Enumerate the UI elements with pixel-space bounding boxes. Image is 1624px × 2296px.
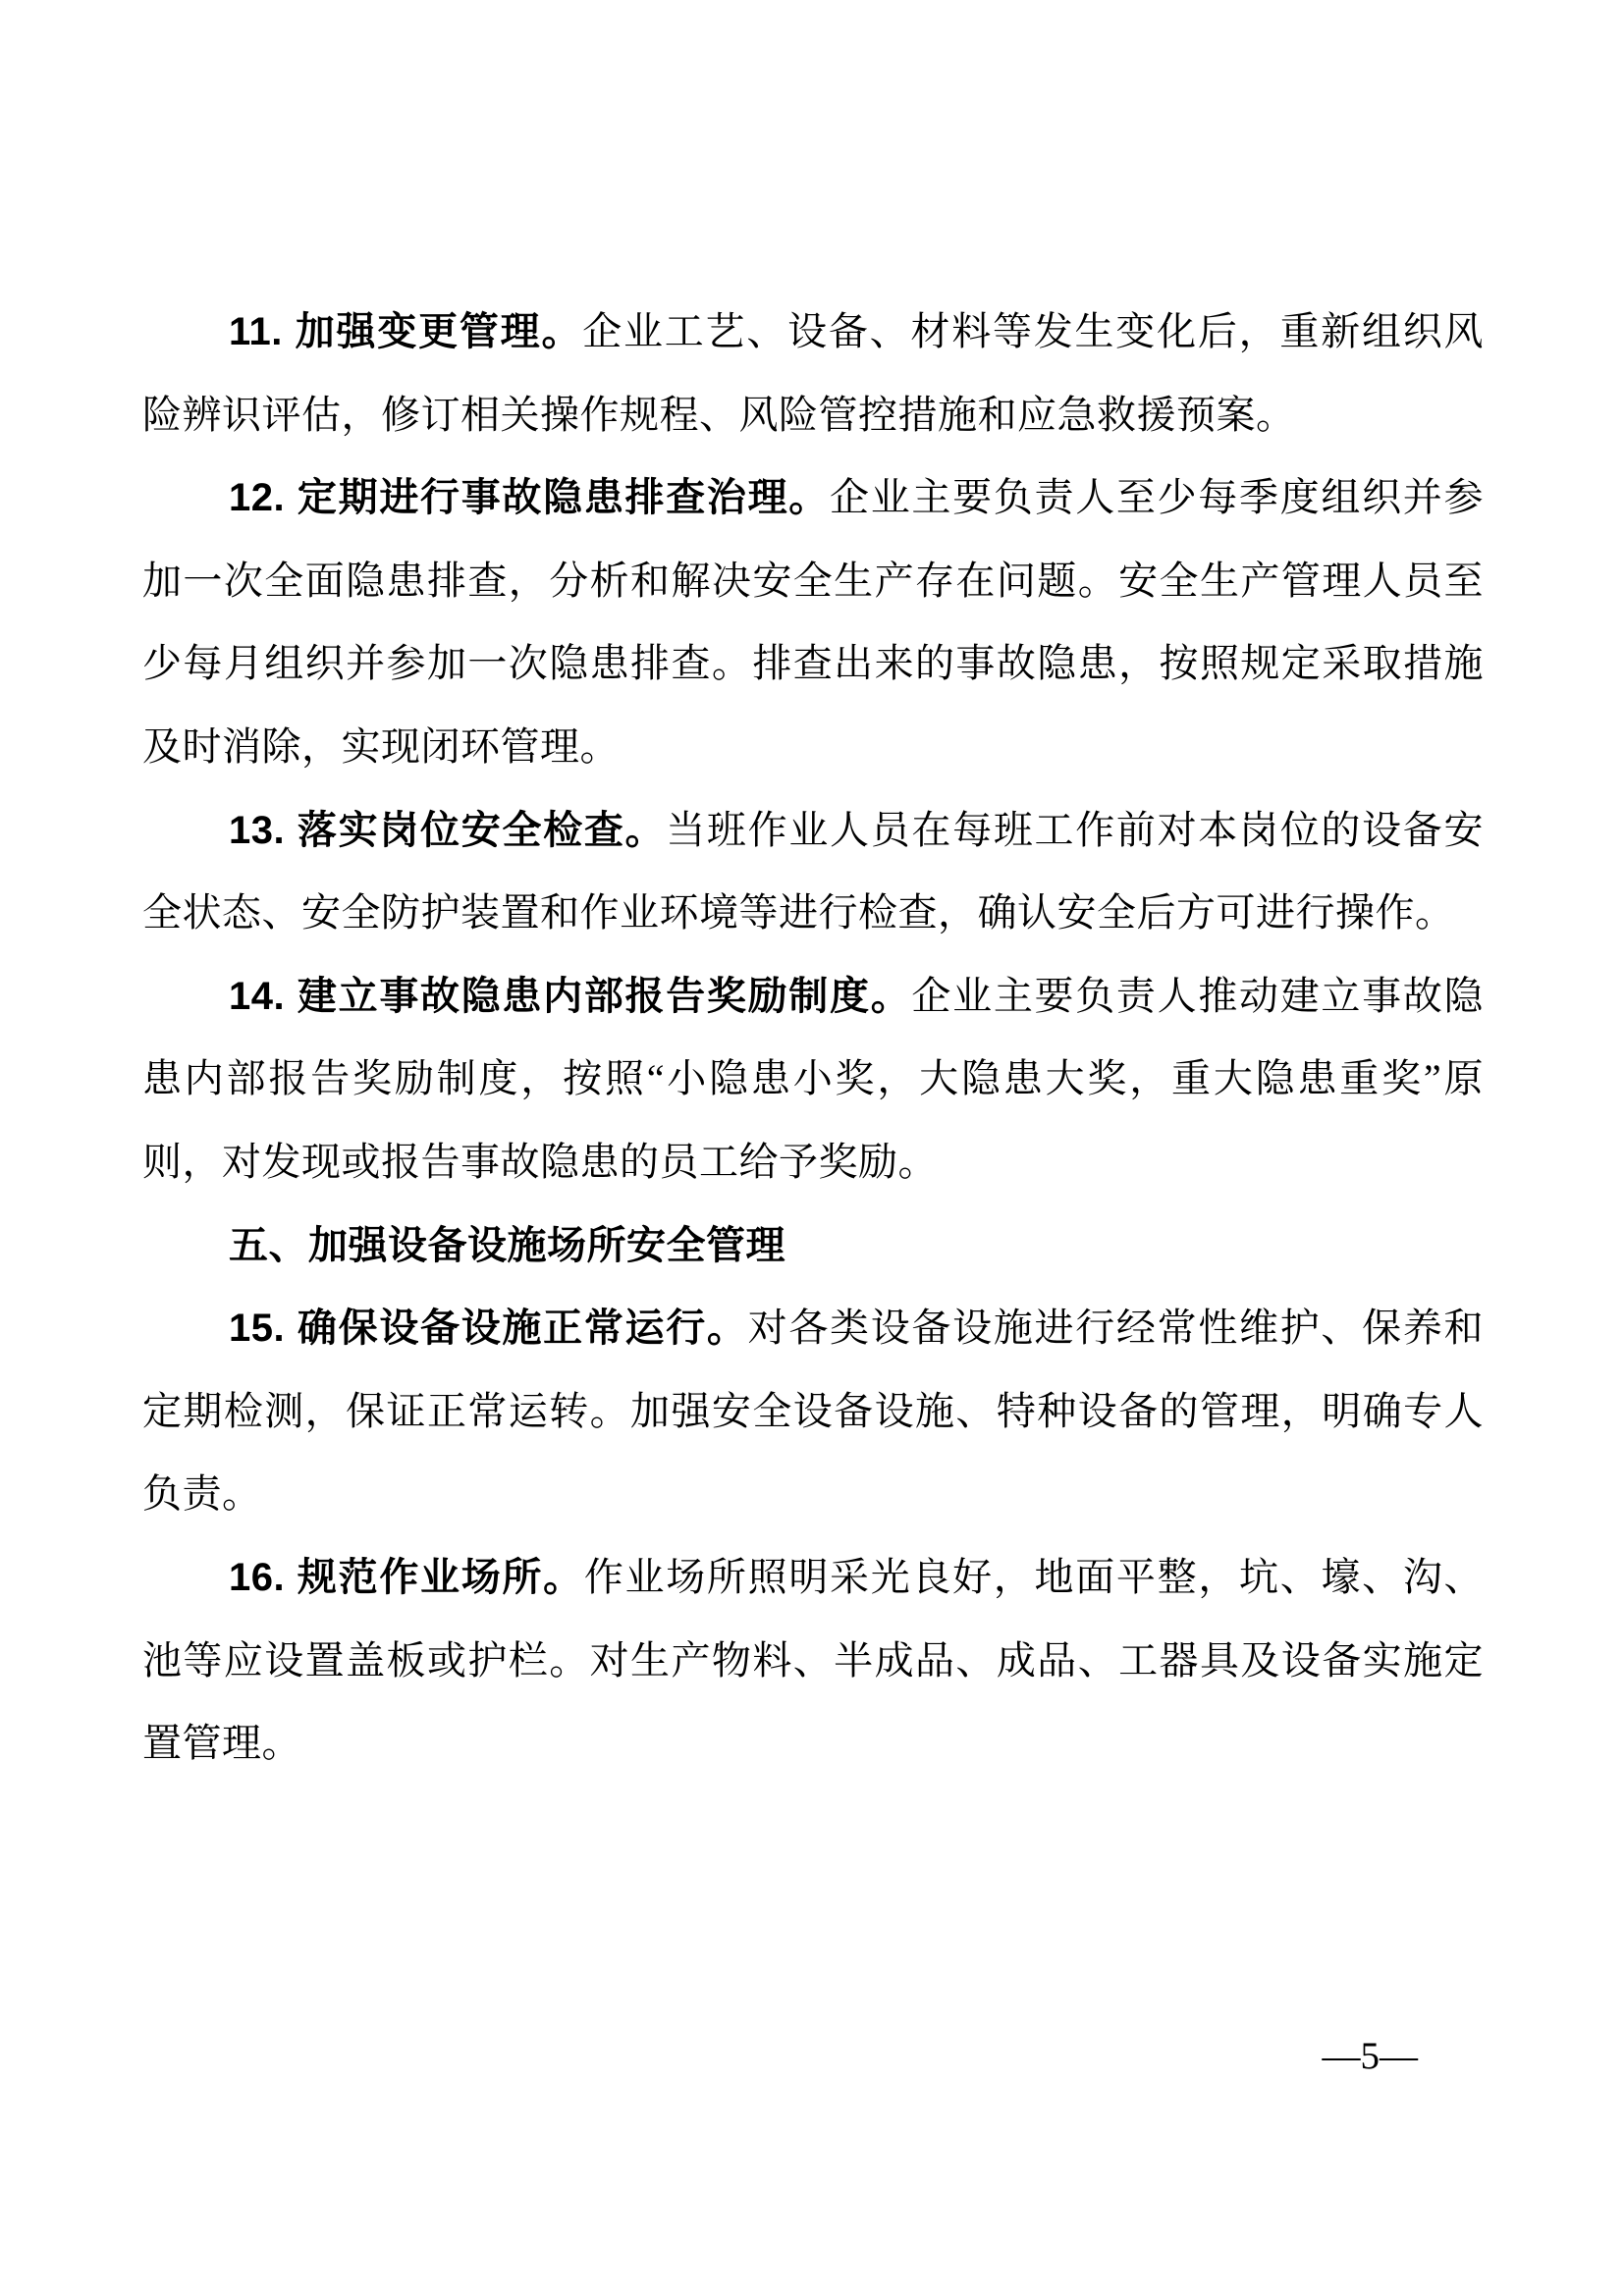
paragraph-item-11: 11. 加强变更管理。企业工艺、设备、材料等发生变化后，重新组织风险辨识评估，修… — [142, 291, 1484, 456]
paragraph-item-12: 12. 定期进行事故隐患排查治理。企业主要负责人至少每季度组织并参加一次全面隐患… — [142, 456, 1484, 788]
paragraph-item-16: 16. 规范作业场所。作业场所照明采光良好，地面平整，坑、壕、沟、池等应设置盖板… — [142, 1536, 1484, 1786]
paragraph-11-title: 11. 加强变更管理。 — [229, 310, 582, 353]
page-footer: —5— — [1323, 2034, 1419, 2079]
paragraph-item-14: 14. 建立事故隐患内部报告奖励制度。企业主要负责人推动建立事故隐患内部报告奖励… — [142, 955, 1484, 1204]
document-body: 11. 加强变更管理。企业工艺、设备、材料等发生变化后，重新组织风险辨识评估，修… — [142, 291, 1484, 1786]
paragraph-13-title: 13. 落实岗位安全检查。 — [229, 809, 666, 852]
paragraph-15-title: 15. 确保设备设施正常运行。 — [229, 1307, 748, 1350]
paragraph-item-15: 15. 确保设备设施正常运行。对各类设备设施进行经常性维护、保养和定期检测，保证… — [142, 1287, 1484, 1536]
paragraph-14-title: 14. 建立事故隐患内部报告奖励制度。 — [229, 975, 911, 1018]
page-number: —5— — [1323, 2035, 1419, 2077]
paragraph-item-13: 13. 落实岗位安全检查。当班作业人员在每班工作前对本岗位的设备安全状态、安全防… — [142, 789, 1484, 955]
paragraph-12-title: 12. 定期进行事故隐患排查治理。 — [229, 476, 830, 519]
document-page: 11. 加强变更管理。企业工艺、设备、材料等发生变化后，重新组织风险辨识评估，修… — [0, 0, 1624, 2296]
section-heading-5: 五、加强设备设施场所安全管理 — [142, 1204, 1484, 1288]
paragraph-16-title: 16. 规范作业场所。 — [229, 1556, 584, 1599]
